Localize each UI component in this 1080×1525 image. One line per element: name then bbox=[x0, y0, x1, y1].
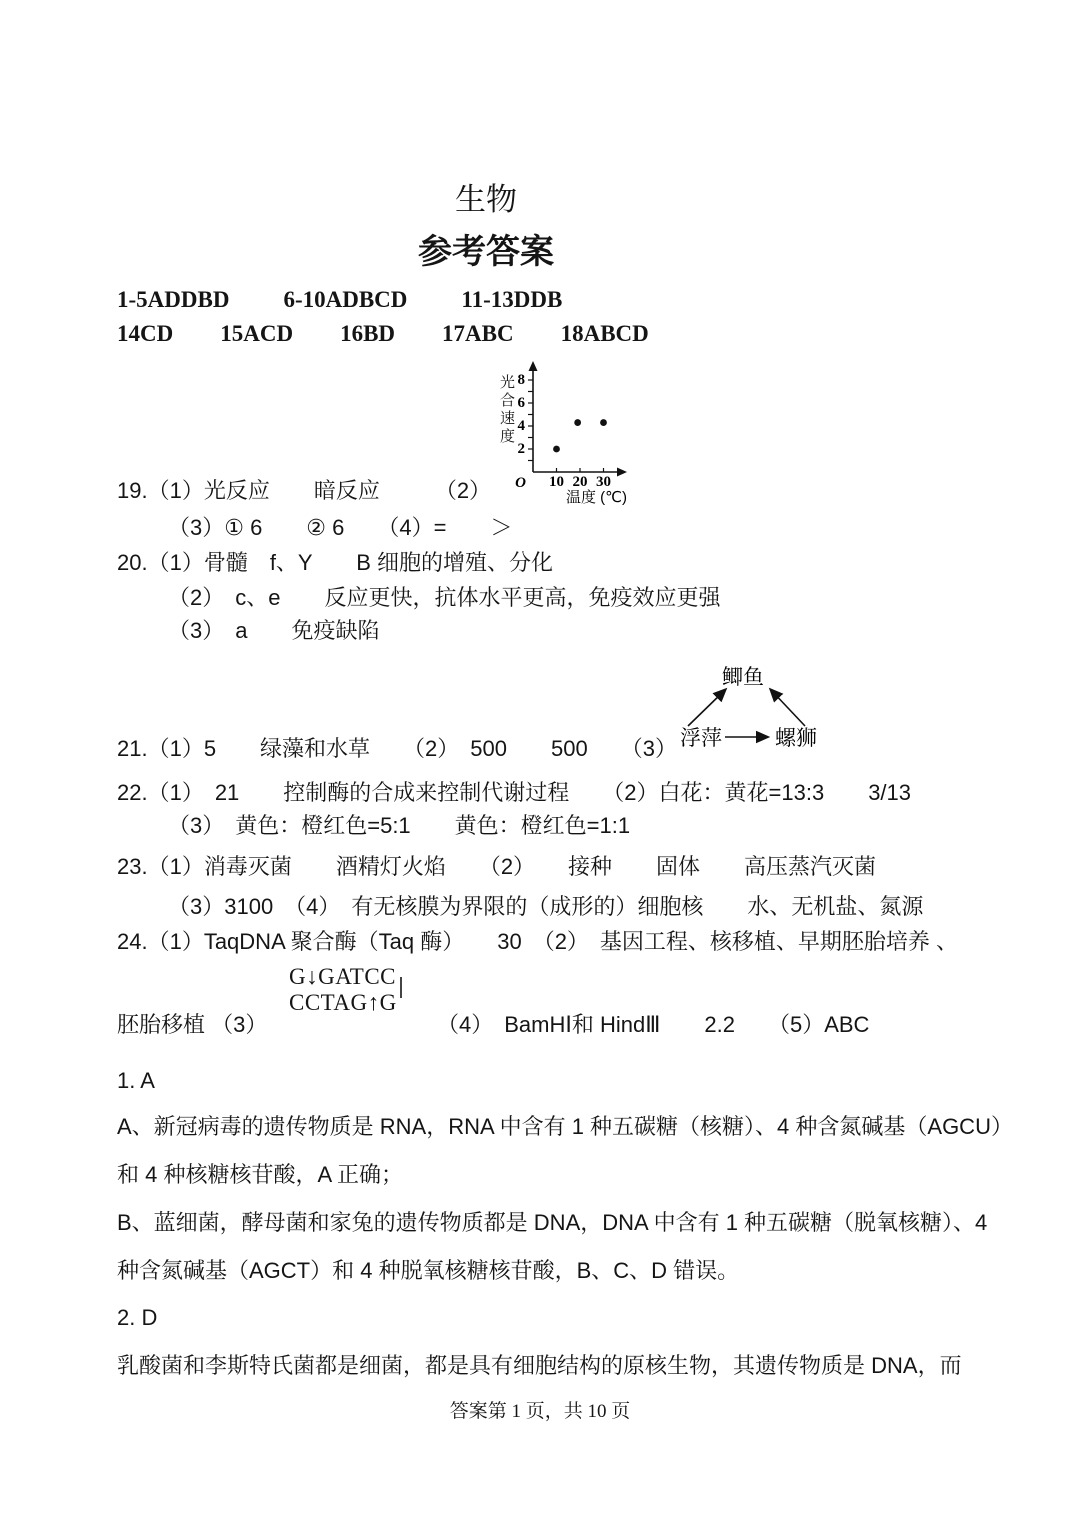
y-tick-6: 6 bbox=[518, 395, 526, 411]
answer-18: 18ABCD bbox=[561, 321, 649, 346]
page-title: 生物 bbox=[0, 174, 972, 219]
data-points bbox=[553, 419, 607, 452]
food-web-snail: 螺狮 bbox=[775, 727, 817, 750]
answer-line-24-1: 24.（1）TaqDNA 聚合酶（Taq 酶） 30 （2） 基因工程、核移植、… bbox=[117, 928, 958, 956]
answer-range-6-10: 6-10ADBCD bbox=[283, 287, 407, 312]
origin-label: O bbox=[515, 475, 526, 491]
data-point bbox=[553, 446, 560, 453]
explanation-q1-line-a2: 和 4 种核糖核苷酸，A 正确； bbox=[117, 1161, 403, 1189]
answer-line-21-1: 21.（1）5 绿藻和水草 （2） 500 500 （3） bbox=[117, 735, 677, 763]
answer-17: 17ABC bbox=[442, 321, 514, 346]
x-axis-label: 温度 (℃) bbox=[566, 488, 627, 506]
y-tick-2: 2 bbox=[518, 441, 526, 457]
food-web-diagram: 鲫鱼 浮萍 螺狮 bbox=[655, 648, 845, 763]
answer-line-20-2: （2） c、e 反应更快，抗体水平更高，免疫效应更强 bbox=[168, 584, 720, 612]
data-point bbox=[574, 419, 581, 426]
x-axis-arrow bbox=[617, 468, 627, 477]
answer-line-20-3: （3） a 免疫缺陷 bbox=[168, 617, 379, 645]
x-tick-10: 10 bbox=[549, 474, 564, 490]
food-web-crucian-carp: 鲫鱼 bbox=[722, 666, 764, 689]
x-tick-30: 30 bbox=[596, 474, 611, 490]
dna-cut-mark bbox=[400, 977, 402, 998]
page-subtitle: 参考答案 bbox=[0, 224, 972, 273]
explanation-q1-line-a: A、新冠病毒的遗传物质是 RNA，RNA 中含有 1 种五碳糖（核糖）、4 种含… bbox=[117, 1113, 1013, 1141]
dna-bottom-strand: CCTAG↑G bbox=[289, 990, 397, 1016]
answer-16: 16BD bbox=[340, 321, 395, 346]
answer-15: 15ACD bbox=[220, 321, 293, 346]
answer-key-row-2: 14CD15ACD16BD17ABC18ABCD bbox=[117, 321, 649, 347]
answer-key-row-1: 1-5ADDBD6-10ADBCD11-13DDB bbox=[117, 287, 562, 313]
answer-line-19-1: 19.（1）光反应 暗反应 （2） bbox=[117, 477, 491, 505]
answer-line-22-1: 22.（1） 21 控制酶的合成来控制代谢过程 （2）白花：黄花=13:3 3/… bbox=[117, 779, 911, 807]
answer-line-22-2: （3） 黄色：橙红色=5:1 黄色：橙红色=1:1 bbox=[168, 812, 630, 840]
answer-line-20-1: 20.（1）骨髓 f、Y B 细胞的增殖、分化 bbox=[117, 549, 553, 577]
answer-line-19-2: （3）① 6 ② 6 （4）= ＞ bbox=[168, 514, 512, 542]
answer-line-24-2b: （4） BamHⅠ和 HindⅢ 2.2 （5）ABC bbox=[437, 1011, 869, 1039]
arrow-snail-to-carp bbox=[771, 690, 805, 726]
answer-line-23-1: 23.（1）消毒灭菌 酒精灯火焰 （2） 接种 固体 高压蒸汽灭菌 bbox=[117, 853, 876, 881]
answer-range-1-5: 1-5ADDBD bbox=[117, 287, 229, 312]
answer-range-11-13: 11-13DDB bbox=[461, 287, 562, 312]
y-axis-label: 光合速度 bbox=[496, 374, 517, 446]
answer-14: 14CD bbox=[117, 321, 173, 346]
data-point bbox=[600, 419, 607, 426]
page-footer: 答案第 1 页，共 10 页 bbox=[0, 1396, 1080, 1423]
photosynthesis-chart: 2 4 6 8 10 20 30 O 温度 (℃) 光合速度 bbox=[478, 360, 708, 510]
dna-restriction-site: G↓GATCC CCTAG↑G bbox=[289, 964, 397, 1016]
y-tick-4: 4 bbox=[518, 418, 526, 434]
explanation-q2-answer: 2. D bbox=[117, 1304, 157, 1332]
explanation-q1-answer: 1. A bbox=[117, 1067, 155, 1095]
answer-sheet-page: 生物 参考答案 1-5ADDBD6-10ADBCD11-13DDB 14CD15… bbox=[0, 0, 1080, 1525]
answer-line-23-2: （3）3100 （4） 有无核膜为界限的（成形的）细胞核 水、无机盐、氮源 bbox=[168, 893, 923, 921]
explanation-q2-line: 乳酸菌和李斯特氏菌都是细菌，都是具有细胞结构的原核生物，其遗传物质是 DNA，而 bbox=[117, 1352, 962, 1380]
dna-top-strand: G↓GATCC bbox=[289, 964, 397, 990]
x-tick-20: 20 bbox=[573, 474, 588, 490]
arrow-duckweed-to-carp bbox=[688, 690, 725, 726]
explanation-q1-line-b2: 种含氮碱基（AGCT）和 4 种脱氧核糖核苷酸，B、C、D 错误。 bbox=[117, 1257, 739, 1285]
y-axis-arrow bbox=[529, 361, 538, 371]
food-web-svg: 鲫鱼 浮萍 螺狮 bbox=[655, 648, 845, 763]
food-web-duckweed: 浮萍 bbox=[680, 727, 722, 750]
answer-line-24-2a: 胚胎移植 （3） bbox=[117, 1011, 267, 1039]
explanation-q1-line-b: B、蓝细菌，酵母菌和家兔的遗传物质都是 DNA，DNA 中含有 1 种五碳糖（脱… bbox=[117, 1209, 987, 1237]
y-tick-8: 8 bbox=[518, 372, 526, 388]
